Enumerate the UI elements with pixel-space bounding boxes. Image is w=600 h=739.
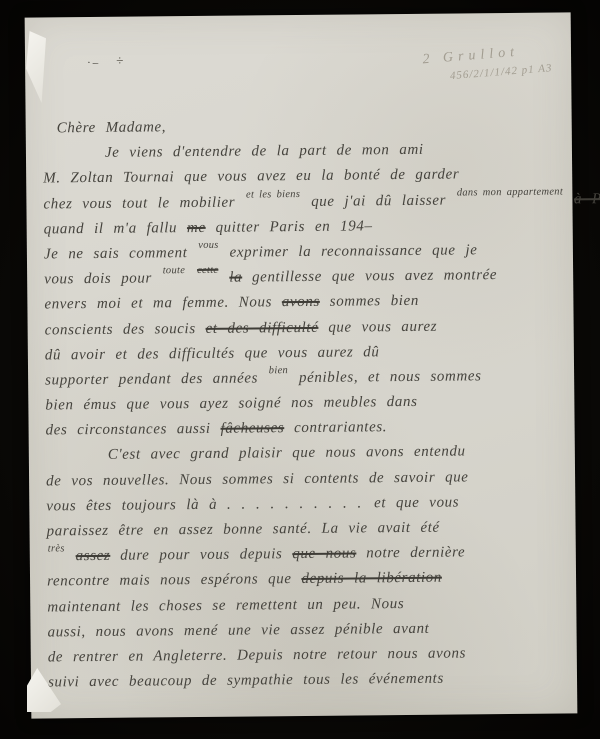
handwritten-text: sommes bien — [330, 293, 419, 310]
handwritten-text: dû avoir et des difficultés que vous aur… — [45, 344, 380, 363]
handwritten-text: suivi avec beaucoup de sympathie tous le… — [48, 671, 444, 691]
handwritten-text: de rentrer en Angleterre. Depuis notre r… — [48, 645, 466, 665]
handwritten-text: contrariantes. — [294, 419, 387, 436]
dotted-blank: . . . . . . . . . . — [227, 495, 364, 512]
inserted-text-above-line: toute — [163, 265, 186, 276]
handwritten-text: maintenant les choses se remettent un pe… — [47, 596, 404, 615]
handwritten-text: que j'ai dû laisser — [311, 192, 446, 209]
struck-insertion-above-line: cette — [197, 265, 218, 276]
handwritten-text: chez vous tout le mobilier — [43, 194, 235, 212]
handwritten-text: exprimer la reconnaissance que je — [230, 242, 478, 260]
handwritten-text: des circonstances aussi — [46, 421, 211, 439]
handwritten-text: vous dois pour — [44, 271, 152, 288]
handwritten-text: quand il m'a fallu — [44, 220, 178, 237]
handwritten-text: M. Zoltan Tournai que vous avez eu la bo… — [43, 167, 459, 187]
handwritten-text: quitter Paris en 194– — [215, 218, 372, 236]
struck-out-text: avons — [282, 294, 320, 310]
struck-out-text: à Paris — [574, 190, 600, 207]
handwritten-text: envers moi et ma femme. Nous — [44, 295, 272, 313]
archive-annotation: 2 Grullot 456/2/1/1/42 p1 A3 — [422, 40, 553, 88]
struck-out-text: que nous — [292, 546, 356, 563]
handwritten-text: rencontre mais nous espérons que — [47, 571, 292, 589]
handwritten-text: bien émus que vous ayez soigné nos meubl… — [45, 394, 417, 414]
handwritten-text: de vos nouvelles. Nous sommes si content… — [46, 469, 469, 489]
struck-out-text: depuis la libération — [301, 570, 442, 587]
handwritten-text: vous êtes toujours là à — [46, 497, 217, 515]
inserted-text-above-line: et les biens — [246, 189, 300, 201]
letter-paper-page: ·– ÷ 2 Grullot 456/2/1/1/42 p1 A3 Chère … — [25, 12, 578, 718]
pencil-mark: ÷ — [116, 53, 125, 69]
inserted-text-above-line: très — [48, 543, 65, 554]
handwritten-text: Je ne sais comment — [44, 245, 188, 262]
handwritten-text: supporter pendant des années — [45, 370, 258, 388]
handwritten-text: notre dernière — [366, 545, 465, 562]
handwritten-text: gentillesse que vous avez montrée — [252, 267, 497, 285]
pencil-corner-marks: ·– ÷ — [87, 57, 125, 69]
handwritten-text: C'est avec grand plaisir que nous avons … — [108, 444, 466, 463]
handwritten-text: paraissez être en assez bonne santé. La … — [47, 520, 440, 540]
struck-out-text: assez — [76, 548, 111, 564]
struck-out-text: et des difficulté — [206, 319, 319, 336]
inserted-text-above-line: dans mon appartement — [457, 186, 563, 198]
struck-out-text: fâcheuses — [220, 420, 284, 437]
handwritten-text: aussi, nous avons mené une vie assez pén… — [47, 621, 429, 641]
letter-body: Chère Madame,Je viens d'entendre de la p… — [43, 116, 564, 700]
handwritten-text: conscients des soucis — [45, 321, 196, 338]
handwritten-text: et que vous — [374, 494, 459, 511]
letter-line: suivi avec beaucoup de sympathie tous le… — [48, 670, 563, 700]
pencil-mark: ·– — [87, 57, 100, 69]
handwritten-text: Chère Madame, — [57, 119, 167, 136]
struck-out-text: me — [187, 220, 206, 236]
handwritten-text: Je viens d'entendre de la part de mon am… — [105, 142, 424, 161]
struck-out-text: la — [229, 270, 242, 286]
handwritten-text: pénibles, et nous sommes — [299, 368, 482, 386]
handwritten-text: dure pour vous depuis — [120, 546, 282, 564]
handwritten-text: que vous aurez — [328, 318, 437, 335]
inserted-text-above-line: vous — [198, 240, 219, 251]
inserted-text-above-line: bien — [269, 365, 288, 376]
